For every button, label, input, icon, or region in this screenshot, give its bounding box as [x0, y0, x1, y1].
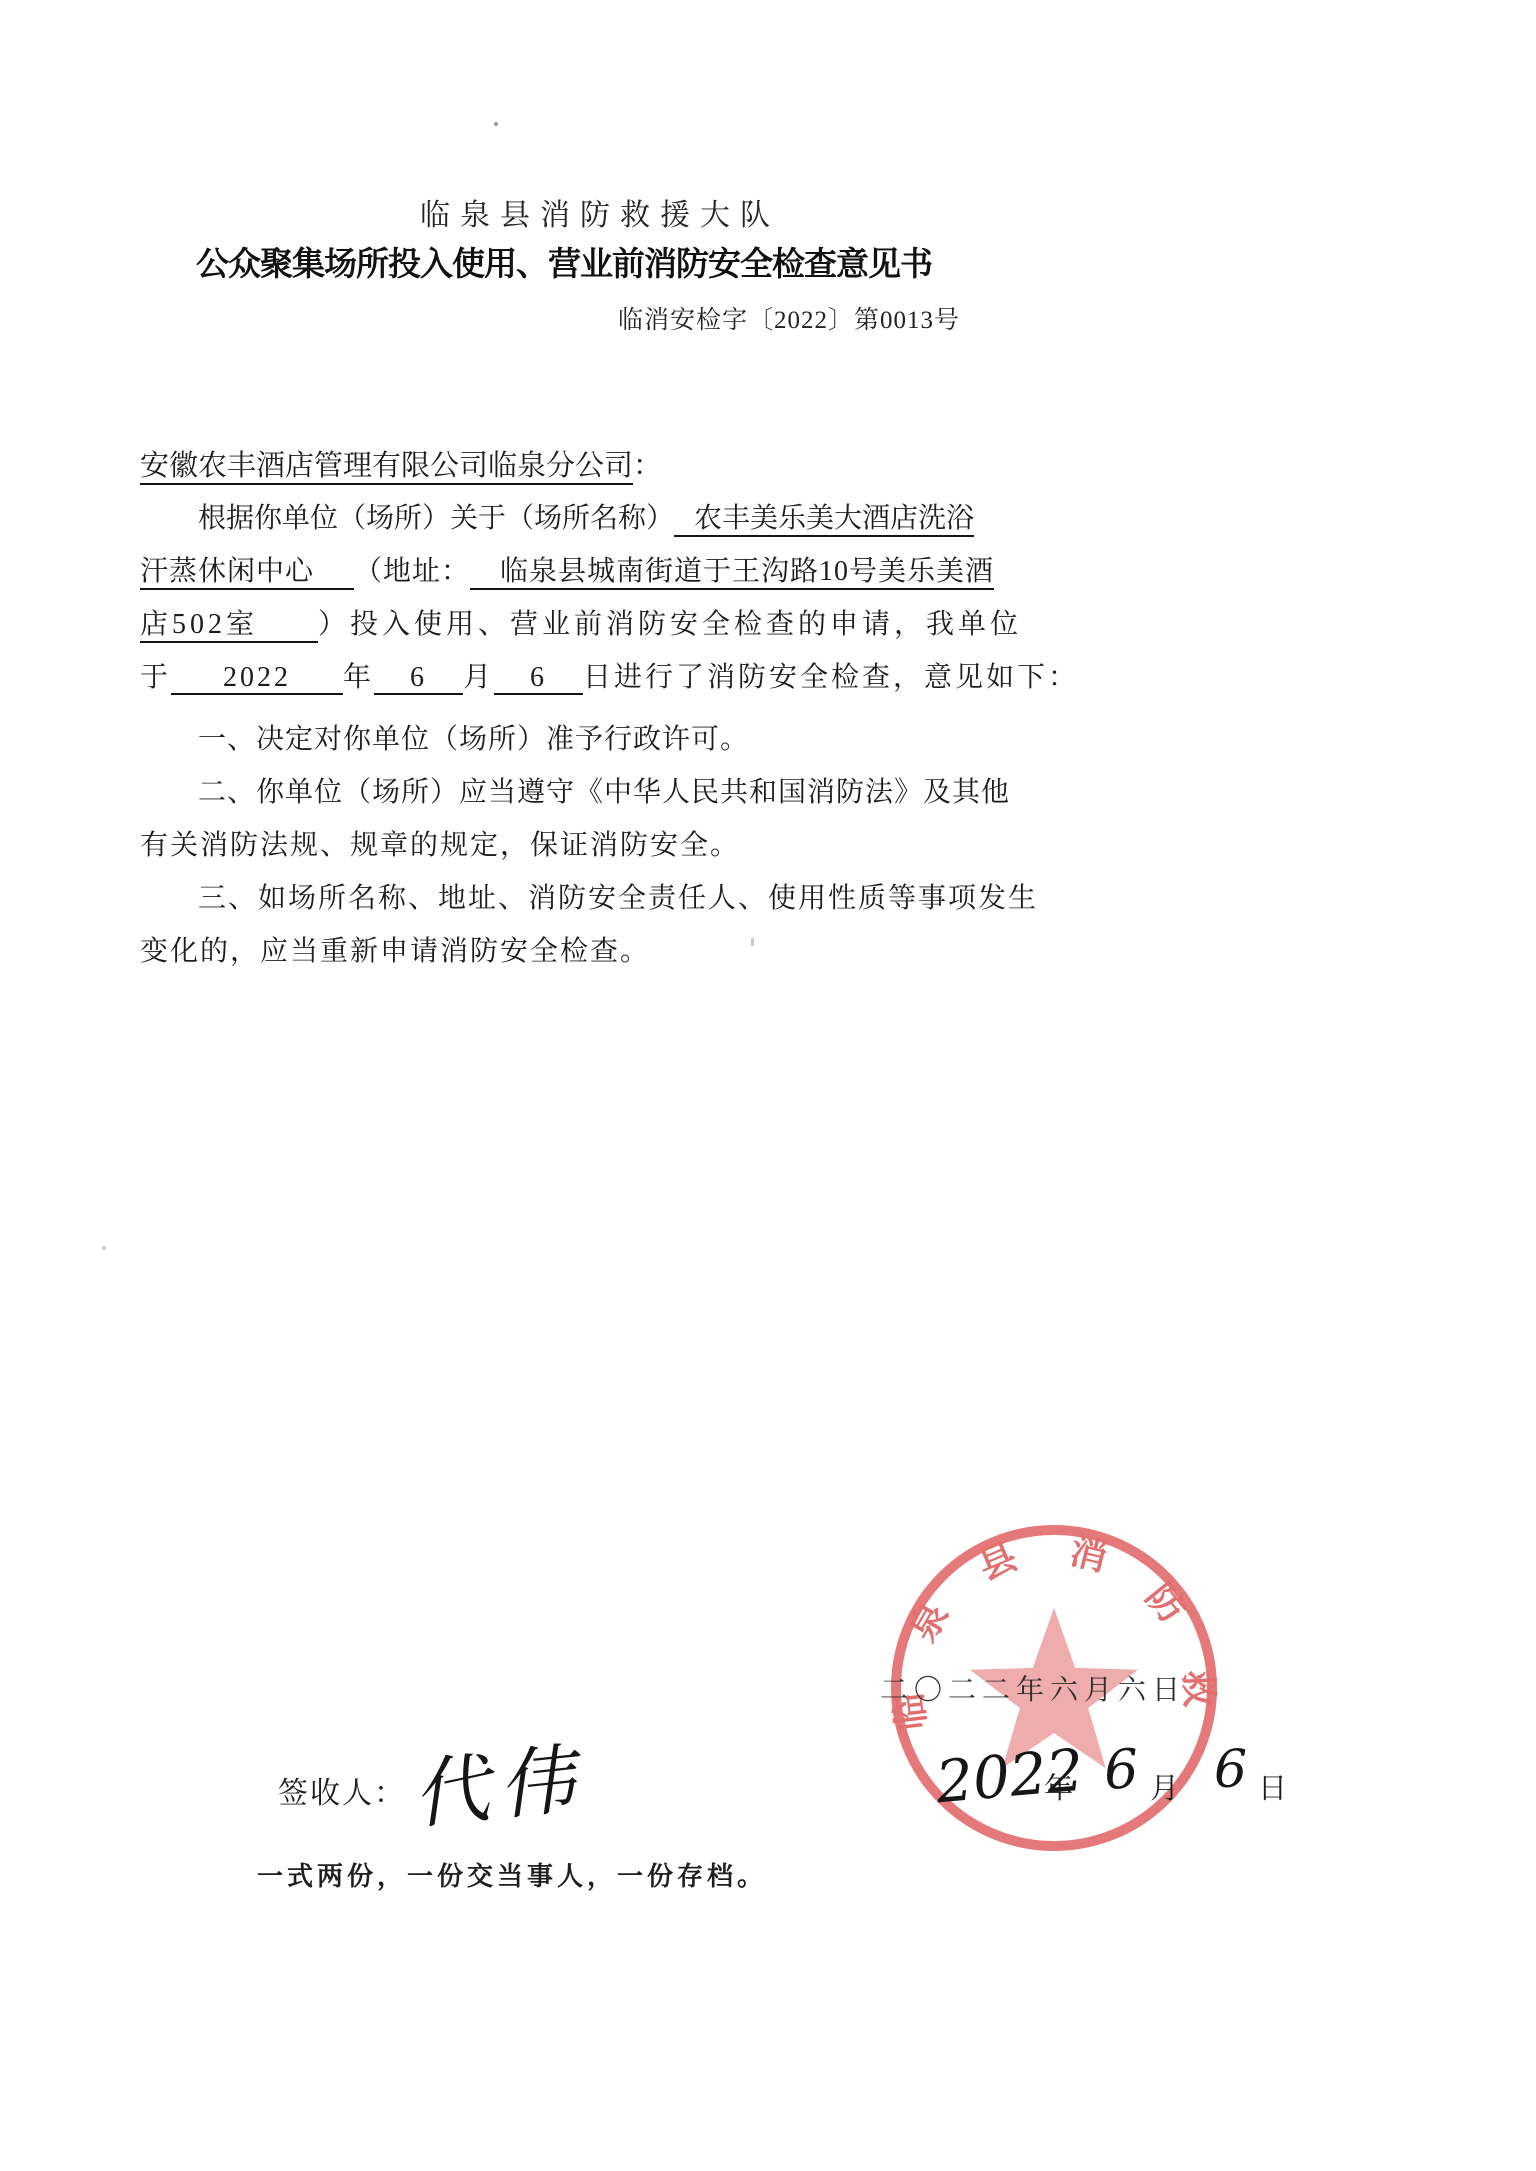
opinion-item-1: 一、决定对你单位（场所）准予行政许可。 [140, 717, 988, 757]
document-page: 临泉县消防救援大队 公众聚集场所投入使用、营业前消防安全检查意见书 临消安检字〔… [0, 0, 1536, 2171]
opinion-item-2-line-1: 二、你单位（场所）应当遵守《中华人民共和国消防法》及其他 [140, 770, 988, 810]
body-line-3: 店502室）投入使用、营业前消防安全检查的申请，我单位 [140, 602, 988, 642]
opinion-item-3-line-2: 变化的，应当重新申请消防安全检查。 [140, 929, 988, 969]
handwritten-day: 6 [1214, 1740, 1247, 1800]
signee-signature: 代伟 [407, 1717, 589, 1843]
line1-text: 根据你单位（场所）关于（场所名称） [198, 503, 674, 534]
agency-name: 临泉县消防救援大队 [160, 190, 1040, 234]
scan-speck [494, 122, 498, 126]
signee-label: 签收人： [278, 1768, 406, 1812]
document-title: 公众聚集场所投入使用、营业前消防安全检查意见书 [140, 238, 988, 285]
handwritten-year: 2022 [933, 1736, 1086, 1817]
line4-prefix: 于 [140, 662, 171, 693]
day-unit-label: 日 [1258, 1766, 1287, 1807]
month-label: 月 [463, 662, 494, 693]
typed-issue-date: 二〇二二年六月六日 [880, 1668, 1186, 1708]
addressee-colon: ： [633, 450, 662, 482]
month-unit-label: 月 [1150, 1766, 1179, 1807]
venue-name-blank: 农丰美乐美大酒店洗浴 [674, 503, 974, 537]
address-blank-cont: 店502室 [140, 609, 318, 643]
item3-text-2: 变化的，应当重新申请消防安全检查。 [140, 936, 650, 967]
item2-text-1: 二、你单位（场所）应当遵守《中华人民共和国消防法》及其他 [198, 777, 1010, 808]
addressee-name: 安徽农丰酒店管理有限公司临泉分公司 [140, 450, 633, 485]
line2-text: （地址： [354, 556, 470, 587]
scan-speck [102, 1246, 106, 1250]
year-label: 年 [343, 662, 374, 693]
body-line-1: 根据你单位（场所）关于（场所名称）农丰美乐美大酒店洗浴 [140, 496, 988, 536]
copies-footnote: 一式两份，一份交当事人，一份存档。 [257, 1856, 767, 1893]
venue-name-blank-cont: 汗蒸休闲中心 [140, 556, 354, 590]
line4-rest: 日进行了消防安全检查，意见如下： [583, 662, 1079, 693]
item2-text-2: 有关消防法规、规章的规定，保证消防安全。 [140, 830, 740, 861]
addressee-line: 安徽农丰酒店管理有限公司临泉分公司： [140, 443, 988, 484]
item3-text-1: 三、如场所名称、地址、消防安全责任人、使用性质等事项发生 [198, 883, 1038, 914]
line3-text: ）投入使用、营业前消防安全检查的申请，我单位 [318, 609, 1022, 640]
document-number: 临消安检字〔2022〕第0013号 [140, 300, 988, 336]
item1-text: 一、决定对你单位（场所）准予行政许可。 [198, 724, 749, 755]
address-blank: 临泉县城南街道于王沟路10号美乐美酒 [470, 556, 994, 590]
handwritten-month: 6 [1102, 1737, 1140, 1802]
opinion-item-3-line-1: 三、如场所名称、地址、消防安全责任人、使用性质等事项发生 [140, 876, 988, 916]
inspection-day-blank: 6 [494, 662, 583, 695]
body-line-4: 于2022年6月6日进行了消防安全检查，意见如下： [140, 655, 988, 695]
inspection-year-blank: 2022 [171, 662, 343, 695]
opinion-item-2-line-2: 有关消防法规、规章的规定，保证消防安全。 [140, 823, 988, 863]
inspection-month-blank: 6 [374, 662, 463, 695]
body-line-2: 汗蒸休闲中心（地址：临泉县城南街道于王沟路10号美乐美酒 [140, 549, 988, 589]
